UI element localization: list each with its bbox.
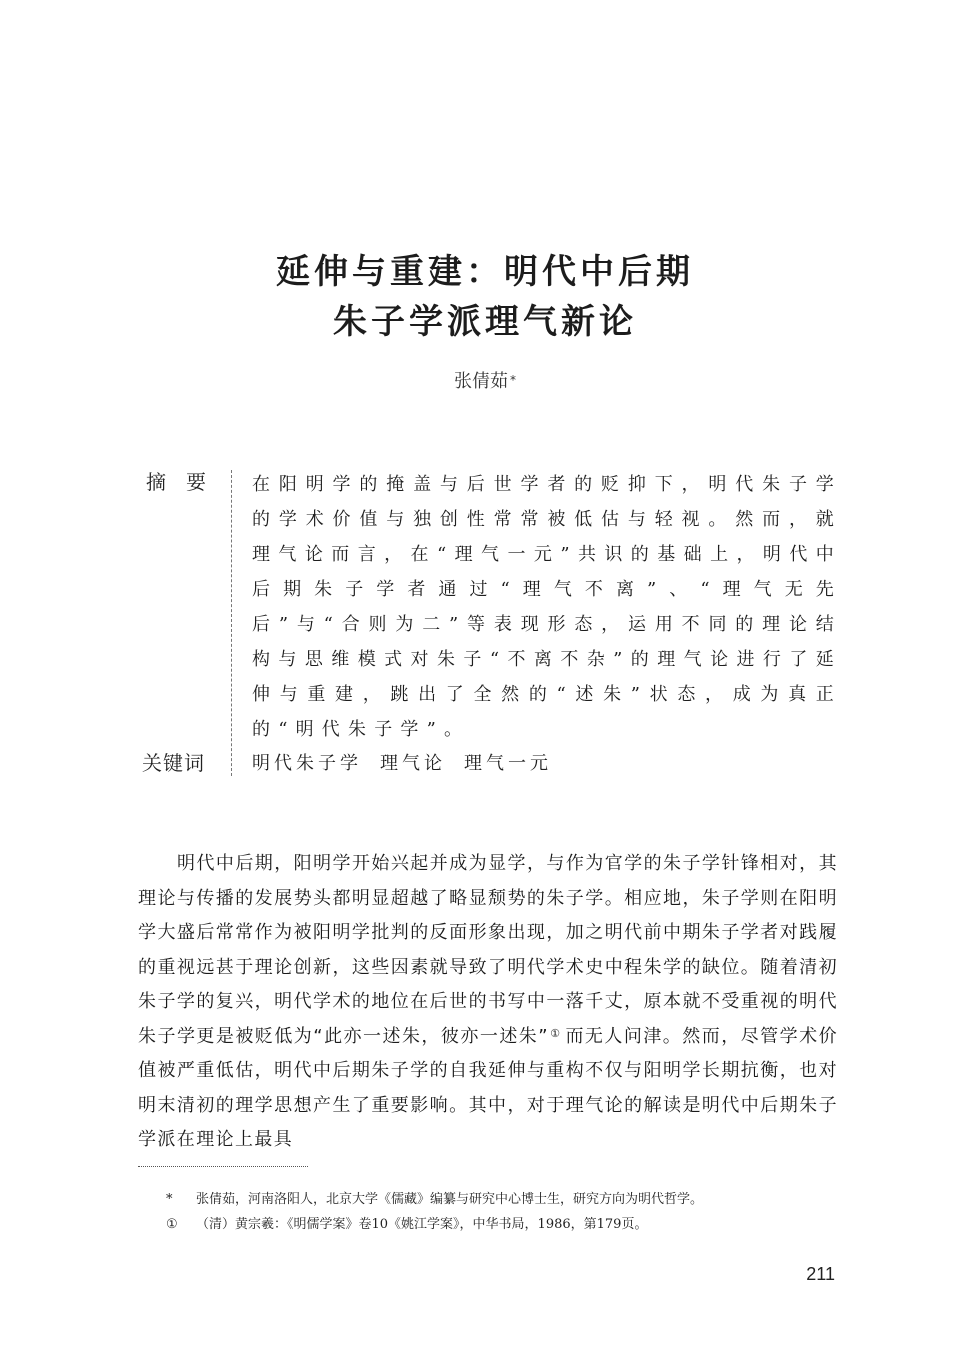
author-footnote-mark[interactable]: * [510,373,516,387]
footnote-item: ① （清）黄宗羲：《明儒学案》卷10《姚江学案》，中华书局，1986，第179页… [166,1212,846,1237]
abstract-label: 摘要 [146,468,226,496]
keyword-item: 理气一元 [464,753,552,774]
body-text-before-note: 明代中后期，阳明学开始兴起并成为显学，与作为官学的朱子学针锋相对，其理论与传播的… [138,853,838,1047]
footnotes-list: * 张倩茹，河南洛阳人，北京大学《儒藏》编纂与研究中心博士生，研究方向为明代哲学… [166,1187,846,1237]
keyword-item: 明代朱子学 [252,753,362,774]
journal-page: 延伸与重建：明代中后期 朱子学派理气新论 张倩茹* 摘要 在阳明学的掩盖与后世学… [0,0,970,1364]
footnote-item: * 张倩茹，河南洛阳人，北京大学《儒藏》编纂与研究中心博士生，研究方向为明代哲学… [166,1187,846,1212]
abstract-text: 在阳明学的掩盖与后世学者的贬抑下，明代朱子学的学术价值与独创性常常被低估与轻视。… [252,467,842,747]
footnote-separator [138,1166,308,1167]
abstract-divider [231,470,232,776]
body-paragraph: 明代中后期，阳明学开始兴起并成为显学，与作为官学的朱子学针锋相对，其理论与传播的… [138,847,838,1158]
footnote-ref-1[interactable]: ① [550,1027,561,1040]
footnote-mark: * [166,1187,196,1212]
page-number: 211 [806,1263,835,1285]
keyword-item: 理气论 [380,753,446,774]
keywords-list: 明代朱子学理气论理气一元 [252,750,570,778]
author-byline: 张倩茹* [0,370,970,394]
article-title-line-2: 朱子学派理气新论 [0,302,970,342]
footnote-mark: ① [166,1212,196,1237]
footnote-text: 张倩茹，河南洛阳人，北京大学《儒藏》编纂与研究中心博士生，研究方向为明代哲学。 [196,1187,703,1212]
article-title-line-1: 延伸与重建：明代中后期 [0,252,970,292]
footnote-text: （清）黄宗羲：《明儒学案》卷10《姚江学案》，中华书局，1986，第179页。 [196,1212,647,1237]
author-name: 张倩茹 [454,371,508,392]
keywords-label: 关键词 [142,749,205,777]
